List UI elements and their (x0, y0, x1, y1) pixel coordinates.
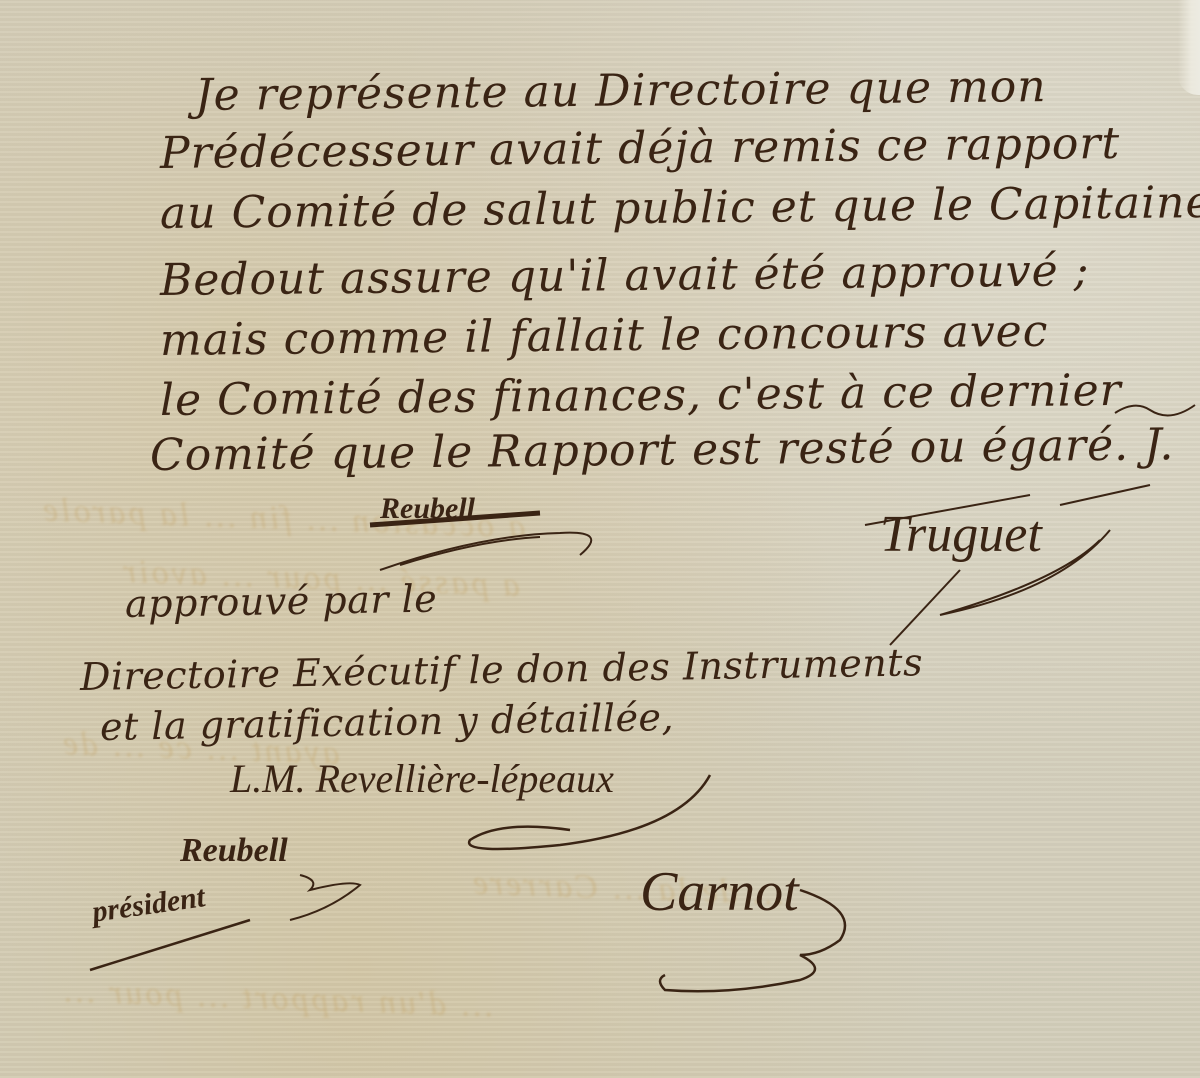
body-line-3: au Comité de salut public et que le Capi… (160, 177, 1200, 239)
approval-line-2: Directoire Exécutif le don des Instrumen… (80, 640, 924, 699)
manuscript-page: a occasion ... fin ... la parole a passé… (0, 0, 1200, 1078)
crossed-out-name: Reubell (380, 492, 475, 526)
bleed-through-text: ... d'un rapport ... pour ... (59, 972, 492, 1025)
revelliere-signature: L.M. Revellière-lépeaux (230, 755, 614, 802)
body-line-6: le Comité des finances, c'est à ce derni… (160, 365, 1122, 426)
body-line-1: Je représente au Directoire que mon (195, 61, 1047, 121)
body-line-5: mais comme il fallait le concours avec (160, 306, 1049, 366)
approval-line-1: approuvé par le (125, 577, 438, 626)
carnot-signature: Carnot (640, 860, 799, 924)
paper-edge-tear (1178, 0, 1200, 95)
reubell-signature: Reubell (180, 832, 288, 870)
truguet-signature: Truguet (880, 505, 1042, 564)
approval-line-3: et la gratification y détaillée, (100, 695, 675, 749)
body-line-7: Comité que le Rapport est resté ou égaré… (150, 419, 1175, 481)
body-line-4: Bedout assure qu'il avait été approuvé ; (160, 245, 1090, 306)
body-line-2: Prédécesseur avait déjà remis ce rapport (160, 118, 1121, 179)
reubell-title: président (90, 880, 207, 929)
